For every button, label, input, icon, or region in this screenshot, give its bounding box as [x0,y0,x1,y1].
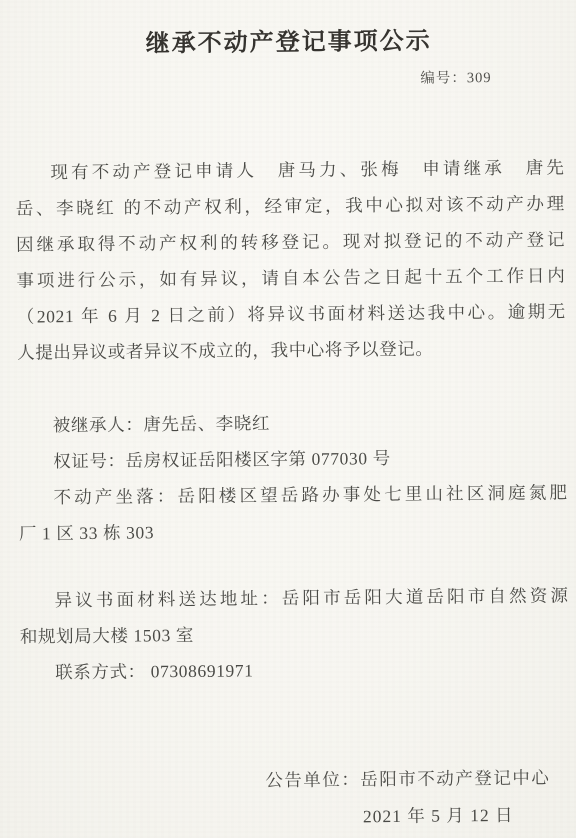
objection-address-line-1: 异议书面材料送达地址：岳阳市岳阳大道岳阳市自然资源 [19,577,568,618]
paragraph-line-4: 事项进行公示，如有异议，请自本公告之日起十五个工作日内 [16,257,565,298]
notice-content: 继承不动产登记事项公示 编号：309 现有不动产登记申请人 唐马力、张梅 申请继… [14,0,571,838]
property-location-line-1: 不动产坐落：岳阳楼区望岳路办事处七里山社区洞庭氮肥 [18,474,567,515]
objection-contact-section: 异议书面材料送达地址：岳阳市岳阳大道岳阳市自然资源 和规划局大楼 1503 室 … [19,577,569,690]
contact-phone-line: 联系方式： 07308691971 [20,649,569,690]
heir-line: 被继承人：唐先岳、李晓红 [18,402,567,443]
property-location-line-2: 厂 1 区 33 栋 303 [19,510,568,551]
paragraph-line-1: 现有不动产登记申请人 唐马力、张梅 申请继承 唐先 [15,149,564,190]
paragraph-line-5: （2021 年 6 月 2 日之前）将异议书面材料送达我中心。逾期无 [17,293,566,334]
page-title: 继承不动产登记事项公示 [14,24,563,61]
doc-number: 编号：309 [14,65,563,91]
issuing-unit-line: 公告单位：岳阳市不动产登记中心 [21,759,570,801]
paragraph-line-6: 人提出异议或者异议不成立的，我中心将予以登记。 [17,329,566,370]
property-details-section: 被继承人：唐先岳、李晓红 权证号：岳房权证岳阳楼区字第 077030 号 不动产… [18,402,568,551]
paragraph-line-2: 岳、李晓红 的不动产权利，经审定，我中心拟对该不动产办理 [16,185,565,226]
objection-address-line-2: 和规划局大楼 1503 室 [20,613,569,654]
paragraph-line-3: 因继承取得不动产权利的转移登记。现对拟登记的不动产登记 [16,221,565,262]
issue-date-line: 2021 年 5 月 12 日 [21,796,570,838]
notice-page: 继承不动产登记事项公示 编号：309 现有不动产登记申请人 唐马力、张梅 申请继… [0,0,576,838]
certificate-number-line: 权证号：岳房权证岳阳楼区字第 077030 号 [18,438,567,479]
notice-footer: 公告单位：岳阳市不动产登记中心 2021 年 5 月 12 日 [21,759,571,838]
notice-paragraph: 现有不动产登记申请人 唐马力、张梅 申请继承 唐先 岳、李晓红 的不动产权利，经… [15,149,566,370]
